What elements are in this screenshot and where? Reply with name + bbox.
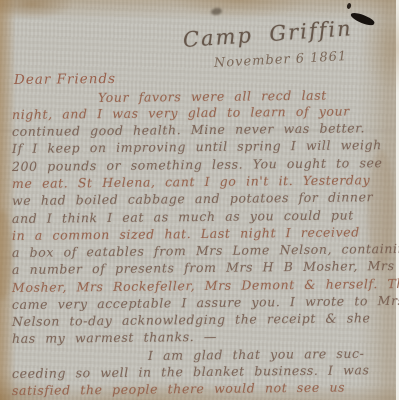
letter-scan: Camp Griffin November 6 1861 Dear Friend… bbox=[0, 0, 399, 400]
letter-line: has my warmest thanks. — bbox=[12, 329, 217, 346]
letter-line: in a common sized hat. Last night I rece… bbox=[12, 224, 360, 243]
letter-line: Nelson to-day acknowledging the receipt … bbox=[12, 310, 371, 329]
letter-line: me eat. St Helena, cant I go in't it. Ye… bbox=[12, 172, 370, 191]
paper-stain bbox=[0, 210, 12, 300]
letter-line: and I think I eat as much as you could p… bbox=[12, 207, 354, 226]
letter-line: a number of presents from Mrs H B Mosher… bbox=[12, 258, 399, 277]
ink-smudge bbox=[210, 7, 222, 16]
letter-line: night, and I was very glad to learn of y… bbox=[12, 103, 350, 122]
letter-line: we had boiled cabbage and potatoes for d… bbox=[12, 189, 373, 208]
letter-salutation: Dear Friends bbox=[14, 71, 116, 88]
letter-line: Mosher, Mrs Rockefeller, Mrs Demont & he… bbox=[12, 276, 399, 295]
letter-heading-date: November 6 1861 bbox=[214, 49, 348, 71]
letter-line: If I keep on improving until spring I wi… bbox=[12, 137, 382, 156]
letter-line: 200 pounds or something less. You ought … bbox=[12, 155, 383, 174]
letter-heading-place: Camp Griffin bbox=[182, 16, 353, 52]
letter-line: satisfied the people there would not see… bbox=[12, 380, 345, 398]
letter-line: continued good health. Mine never was be… bbox=[12, 120, 365, 139]
ink-blot bbox=[349, 11, 375, 28]
letter-line: Your favors were all recd last bbox=[98, 88, 327, 105]
letter-line: a box of eatables from Mrs Lome Nelson, … bbox=[12, 241, 399, 260]
letter-line: I am glad that you are suc- bbox=[148, 346, 365, 363]
letter-line: came very acceptable I assure you. I wro… bbox=[12, 293, 399, 312]
letter-line: ceeding so well in the blanket business.… bbox=[12, 362, 370, 381]
ink-blot-dot bbox=[346, 3, 351, 10]
